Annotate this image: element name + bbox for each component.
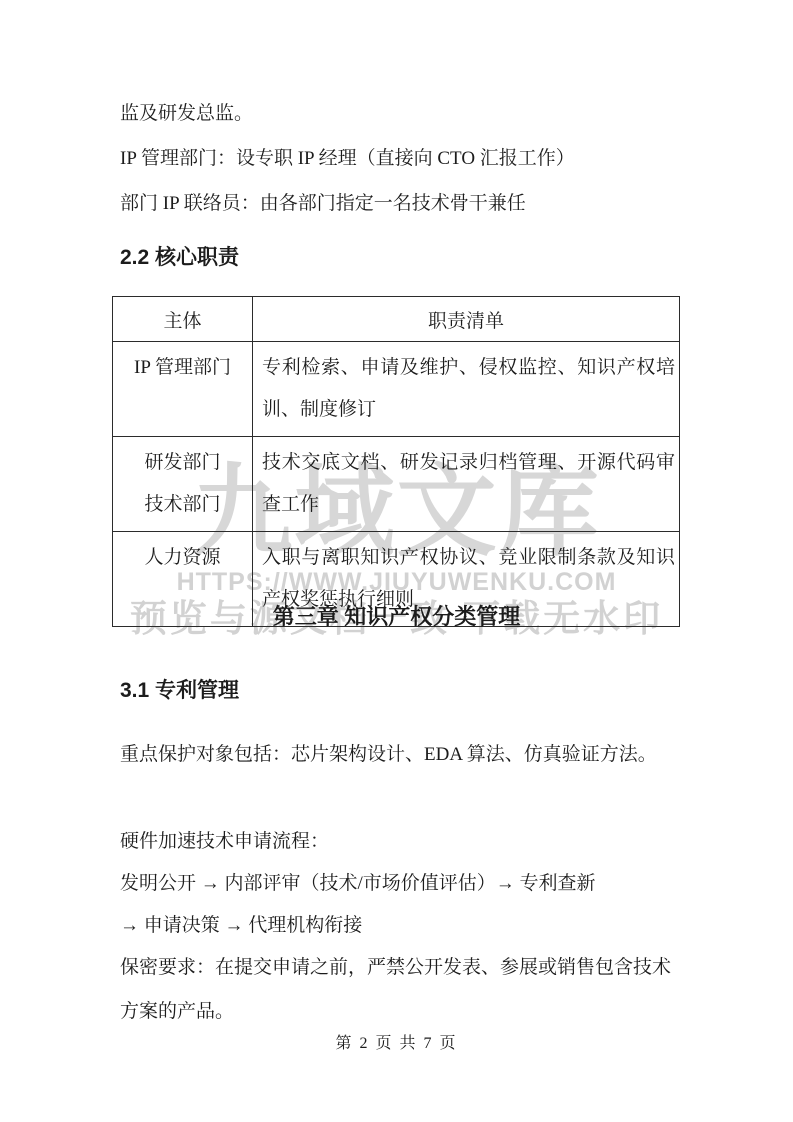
table-cell-duties: 专利检索、申请及维护、侵权监控、知识产权培训、制度修订: [253, 342, 680, 437]
table-row: IP 管理部门 专利检索、申请及维护、侵权监控、知识产权培训、制度修订: [113, 342, 680, 437]
table-header-row: 主体 职责清单: [113, 297, 680, 342]
intro-paragraph-1: 监及研发总监。: [120, 92, 678, 136]
subject-line: IP 管理部门: [113, 347, 252, 389]
section-heading-3-1: 3.1 专利管理: [120, 677, 239, 705]
intro-paragraph-3: 部门 IP 联络员：由各部门指定一名技术骨干兼任: [120, 182, 678, 226]
page-number-indicator: 第 2 页 共 7 页: [0, 1032, 793, 1056]
subject-line: 人力资源: [113, 537, 252, 579]
table-cell-subject: 研发部门 技术部门: [113, 437, 253, 532]
confidentiality-paragraph: 保密要求：在提交申请之前，严禁公开发表、参展或销售包含技术方案的产品。: [120, 946, 678, 1034]
patent-process-flow-line-1: 发明公开 → 内部评审（技术/市场价值评估）→ 专利查新: [120, 862, 678, 906]
subject-line: 研发部门: [113, 442, 252, 484]
table-header-subject: 主体: [113, 297, 253, 342]
chapter-heading-3: 第三章 知识产权分类管理: [0, 601, 793, 633]
section-heading-2-2: 2.2 核心职责: [120, 244, 239, 272]
responsibilities-table: 主体 职责清单 IP 管理部门 专利检索、申请及维护、侵权监控、知识产权培训、制…: [112, 296, 680, 627]
table-cell-duties: 技术交底文档、研发记录归档管理、开源代码审查工作: [253, 437, 680, 532]
patent-process-flow-line-2: → 申请决策 → 代理机构衔接: [120, 904, 678, 948]
intro-paragraph-2: IP 管理部门：设专职 IP 经理（直接向 CTO 汇报工作）: [120, 137, 678, 181]
table-row: 研发部门 技术部门 技术交底文档、研发记录归档管理、开源代码审查工作: [113, 437, 680, 532]
document-page: 九域文库 HTTPS://WWW.JIUYUWENKU.COM 预览与源文档一致…: [0, 0, 793, 1122]
table-cell-subject: IP 管理部门: [113, 342, 253, 437]
patent-scope-paragraph: 重点保护对象包括：芯片架构设计、EDA 算法、仿真验证方法。: [120, 733, 678, 777]
table-header-duties: 职责清单: [253, 297, 680, 342]
subject-line: 技术部门: [113, 484, 252, 526]
document-content: 监及研发总监。 IP 管理部门：设专职 IP 经理（直接向 CTO 汇报工作） …: [0, 0, 793, 1122]
patent-process-label: 硬件加速技术申请流程：: [120, 820, 678, 864]
